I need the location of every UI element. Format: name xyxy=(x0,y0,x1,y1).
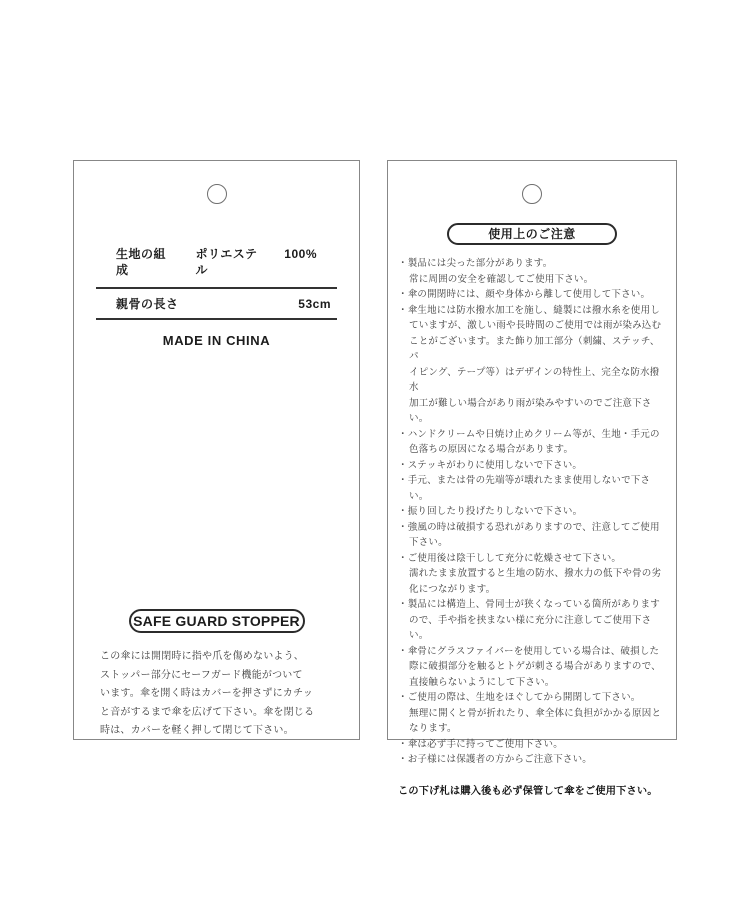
spec-row-fabric: 生地の組成 ポリエステル 100% xyxy=(96,244,337,289)
precaution-item: ・傘は必ず手に持ってご使用下さい。 xyxy=(398,737,668,753)
origin-label: MADE IN CHINA xyxy=(74,333,359,349)
safe-guard-stopper-badge: SAFE GUARD STOPPER xyxy=(129,609,305,633)
spec-label-rib-length: 親骨の長さ xyxy=(116,296,179,312)
punch-hole-icon xyxy=(207,184,227,204)
spec-table: 生地の組成 ポリエステル 100% 親骨の長さ 53cm xyxy=(96,244,337,320)
usage-caution-badge: 使用上のご注意 xyxy=(447,223,617,245)
precaution-item: ・製品には構造上、骨同士が狭くなっている箇所があります ので、手や指を挟まない様… xyxy=(398,597,668,644)
precautions-list: ・製品には尖った部分があります。 常に周囲の安全を確認してご使用下さい。 ・傘の… xyxy=(398,256,668,768)
feature-description: この傘には開閉時に指や爪を傷めないよう、 ストッパー部分にセーフガード機能がつい… xyxy=(100,648,333,741)
precaution-item: ・強風の時は破損する恐れがありますので、注意してご使用 下さい。 xyxy=(398,520,668,551)
spec-value-rib-length: 53cm xyxy=(298,296,331,312)
precaution-item: ・振り回したり投げたりしないで下さい。 xyxy=(398,504,668,520)
right-hang-tag: 使用上のご注意 ・製品には尖った部分があります。 常に周囲の安全を確認してご使用… xyxy=(387,160,677,740)
spec-value-material: ポリエステル xyxy=(196,246,269,278)
precaution-item: ・傘骨にグラスファイバーを使用している場合は、破損した 際に破損部分を触るとトゲ… xyxy=(398,644,668,691)
keep-tag-notice: この下げ札は購入後も必ず保管して傘をご使用下さい。 xyxy=(398,784,668,799)
spec-row-rib-length: 親骨の長さ 53cm xyxy=(96,289,337,320)
precaution-item: ・手元、または骨の先端等が壊れたまま使用しないで下さい。 xyxy=(398,473,668,504)
precaution-item: ・ハンドクリームや日焼け止めクリーム等が、生地・手元の 色落ちの原因になる場合が… xyxy=(398,427,668,458)
spec-value-percent: 100% xyxy=(284,246,317,262)
punch-hole-icon xyxy=(522,184,542,204)
precaution-item: ・お子様には保護者の方からご注意下さい。 xyxy=(398,752,668,768)
precaution-item: ・製品には尖った部分があります。 常に周囲の安全を確認してご使用下さい。 xyxy=(398,256,668,287)
precaution-item: ・ご使用後は陰干しして充分に乾燥させて下さい。 濡れたまま放置すると生地の防水、… xyxy=(398,551,668,598)
spec-label-fabric: 生地の組成 xyxy=(116,246,178,278)
precaution-item: ・傘の開閉時には、顔や身体から離して使用して下さい。 xyxy=(398,287,668,303)
scan-background: 生地の組成 ポリエステル 100% 親骨の長さ 53cm MADE IN CHI… xyxy=(0,0,750,900)
precaution-item: ・傘生地には防水撥水加工を施し、縫製には撥水糸を使用し ていますが、激しい雨や長… xyxy=(398,303,668,427)
precaution-item: ・ご使用の際は、生地をほぐしてから開閉して下さい。 無理に開くと骨が折れたり、傘… xyxy=(398,690,668,737)
left-hang-tag: 生地の組成 ポリエステル 100% 親骨の長さ 53cm MADE IN CHI… xyxy=(73,160,360,740)
precaution-item: ・ステッキがわりに使用しないで下さい。 xyxy=(398,458,668,474)
